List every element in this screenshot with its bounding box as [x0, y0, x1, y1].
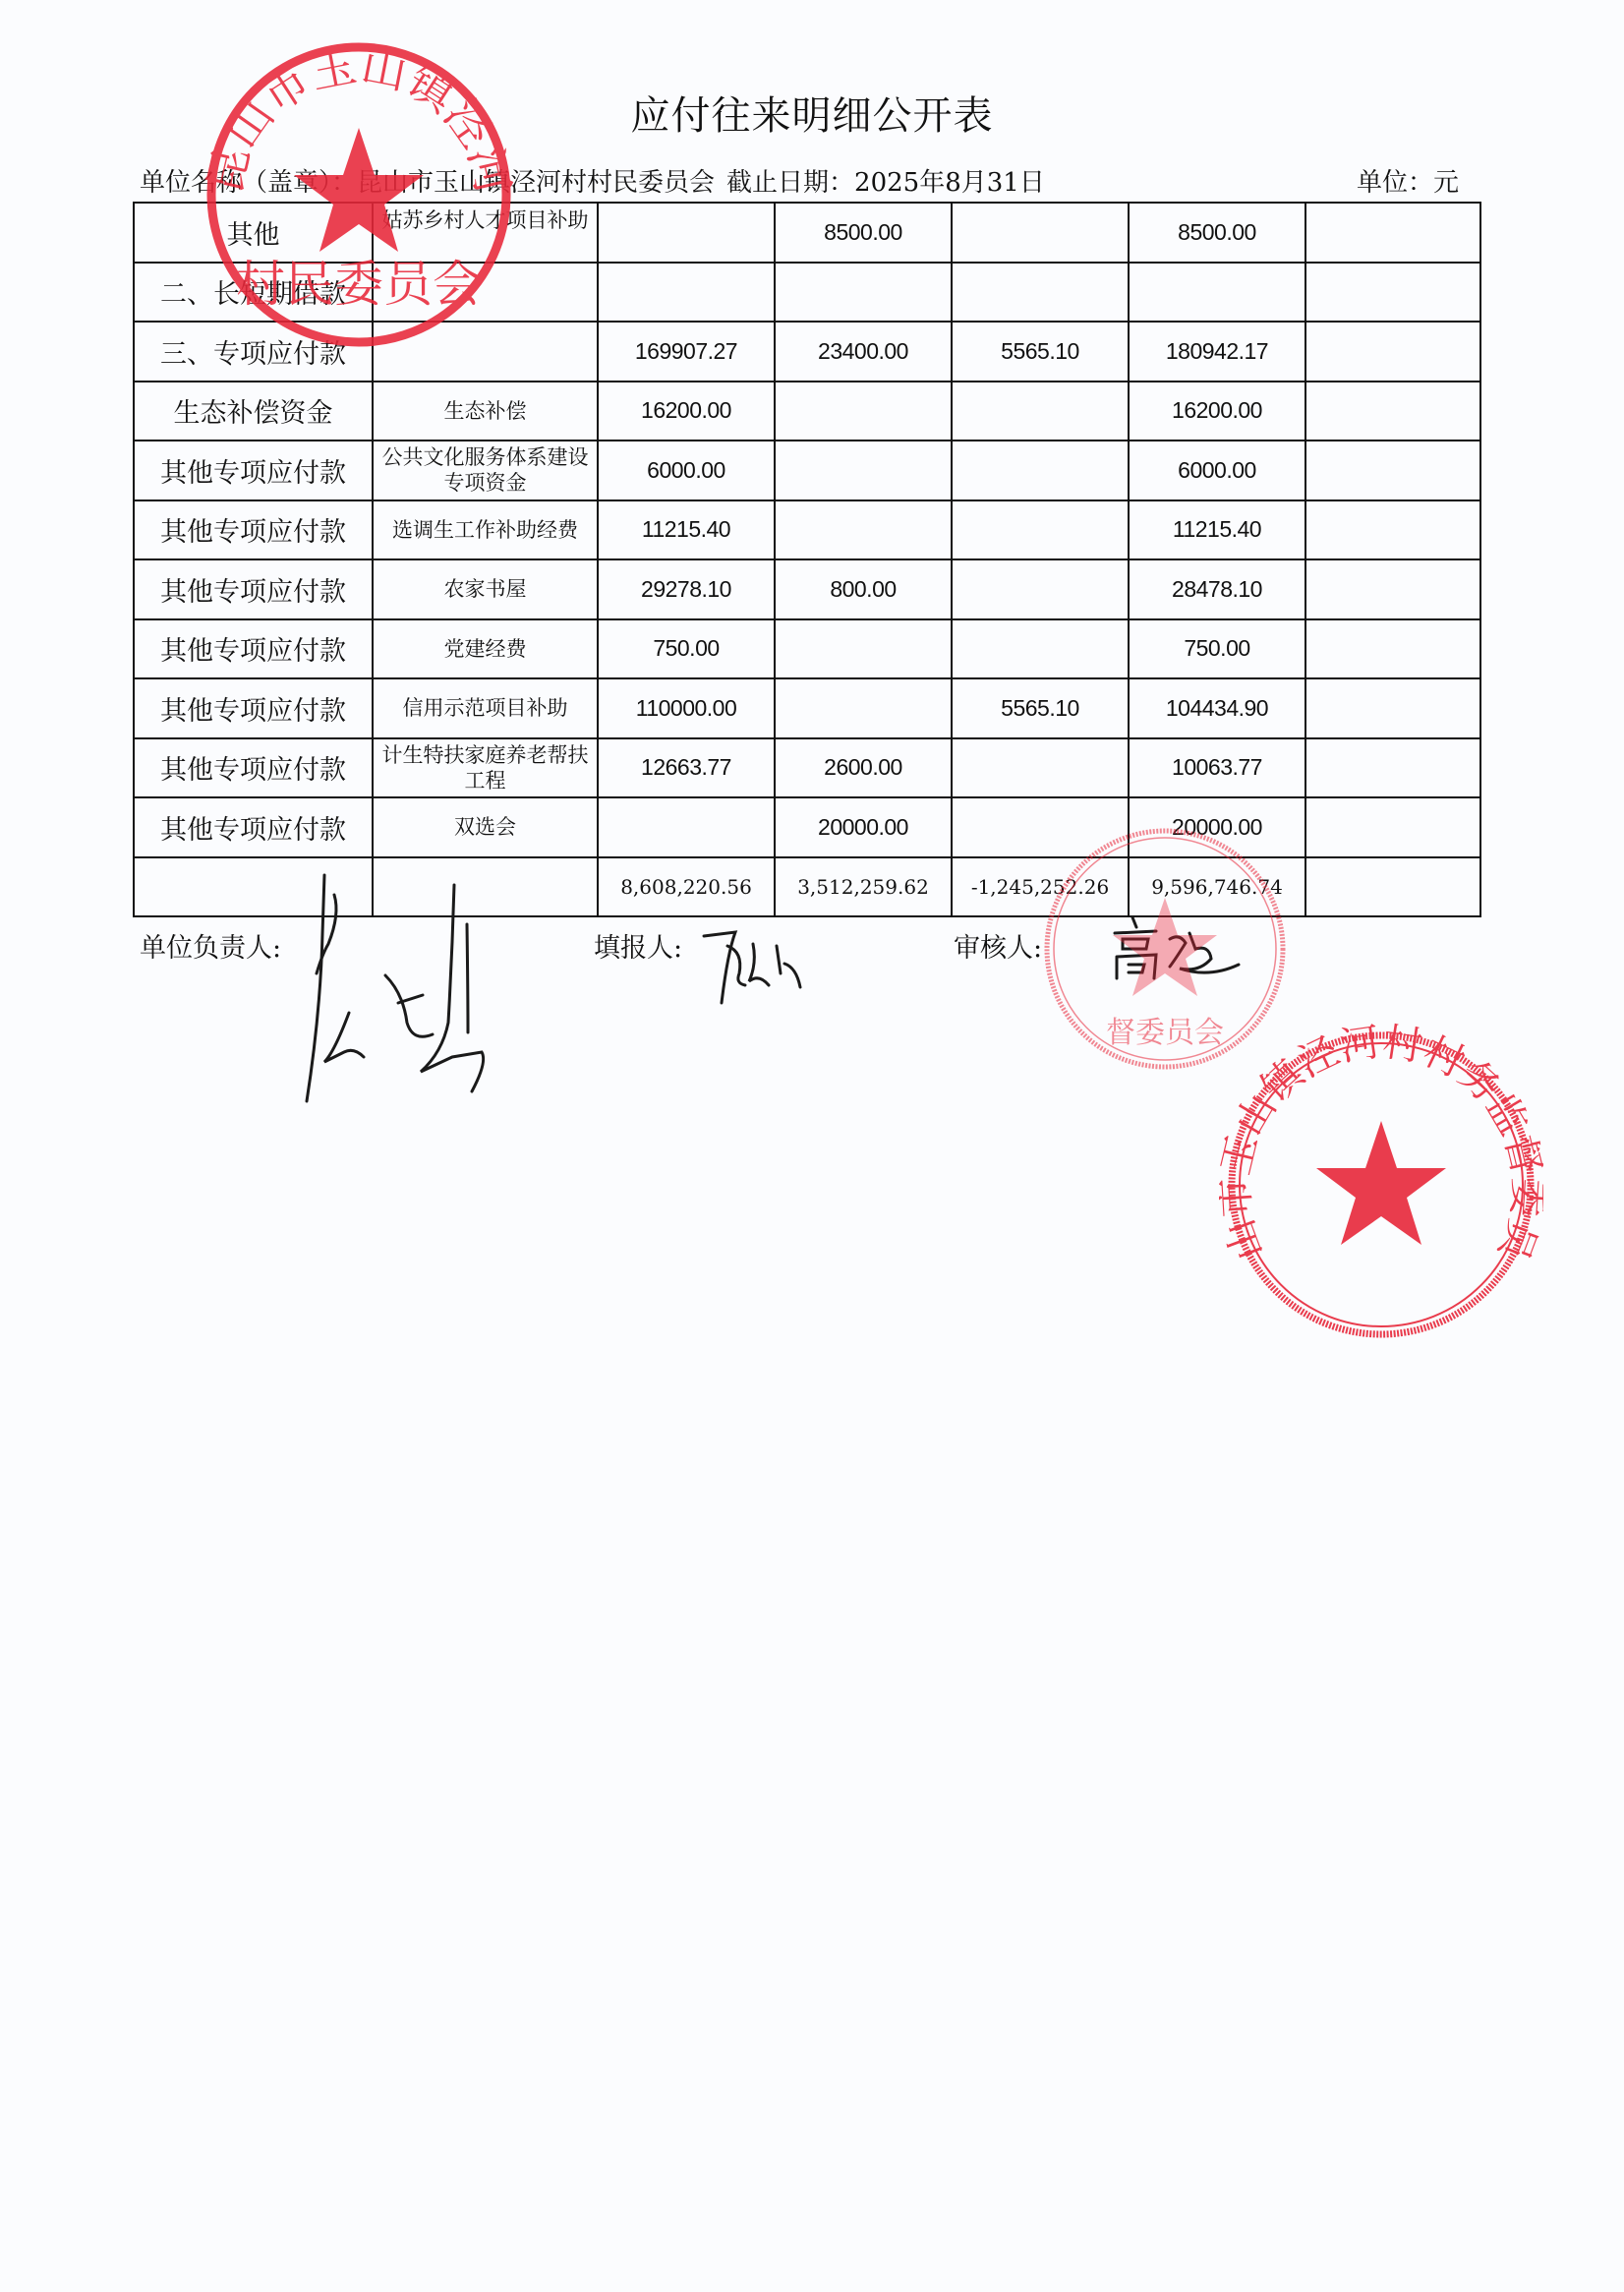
section-heading: 三、专项应付款	[134, 322, 373, 382]
amount-cell: 20000.00	[1129, 797, 1305, 857]
cutoff-date: 2025年8月31日	[854, 168, 1045, 198]
amount-cell	[952, 559, 1129, 619]
remark-cell	[1305, 382, 1480, 441]
amount-cell	[775, 678, 952, 738]
category-cell: 其他专项应付款	[134, 738, 373, 798]
total-amount-cell: 9,596,746.74	[1129, 857, 1305, 917]
total-item-cell	[373, 857, 598, 917]
table-row: 其他专项应付款双选会20000.0020000.00	[134, 797, 1480, 857]
amount-cell	[775, 500, 952, 560]
table-row: 其他姑苏乡村人才项目补助8500.008500.00	[134, 203, 1480, 263]
category-cell: 其他专项应付款	[134, 678, 373, 738]
remark-cell	[1305, 500, 1480, 560]
svg-text:昆山市玉山镇泾河村村务监督委员会: 昆山市玉山镇泾河村村务监督委员会	[1219, 1023, 1543, 1268]
amount-cell: 20000.00	[775, 797, 952, 857]
amount-cell	[775, 441, 952, 500]
signature-row: 单位负责人: 填报人: 审核人:	[140, 926, 1418, 962]
unit-name-label: 单位名称（盖章）：	[140, 168, 357, 198]
amount-cell: 110000.00	[598, 678, 775, 738]
category-cell: 其他专项应付款	[134, 797, 373, 857]
amount-cell: 16200.00	[1129, 382, 1305, 441]
unit-name: 昆山市玉山镇泾河村村民委员会	[357, 168, 715, 198]
amount-cell	[775, 619, 952, 679]
remark-cell	[1305, 797, 1480, 857]
amount-cell: 2600.00	[775, 738, 952, 798]
cutoff-label: 截止日期：	[726, 168, 854, 198]
remark-cell	[1305, 559, 1480, 619]
category-cell: 生态补偿资金	[134, 382, 373, 441]
table-row: 其他专项应付款公共文化服务体系建设专项资金6000.006000.00	[134, 441, 1480, 500]
preparer-label: 填报人:	[594, 926, 682, 965]
remark-cell	[1305, 322, 1480, 382]
total-amount-cell: -1,245,252.26	[952, 857, 1129, 917]
remark-cell	[1305, 738, 1480, 798]
remark-cell	[1305, 263, 1480, 323]
amount-cell	[952, 441, 1129, 500]
amount-cell: 750.00	[598, 619, 775, 679]
amount-cell: 11215.40	[598, 500, 775, 560]
unit-head-label: 单位负责人:	[140, 926, 281, 965]
amount-cell	[952, 738, 1129, 798]
unit-info: 单位名称（盖章）：昆山市玉山镇泾河村村民委员会截止日期：2025年8月31日	[140, 165, 1045, 201]
amount-cell	[952, 619, 1129, 679]
remark-cell	[1305, 619, 1480, 679]
amount-cell: 11215.40	[1129, 500, 1305, 560]
amount-cell: 800.00	[775, 559, 952, 619]
amount-cell	[598, 263, 775, 323]
item-cell: 双选会	[373, 797, 598, 857]
item-cell: 姑苏乡村人才项目补助	[373, 203, 598, 263]
supervision-committee-stamp: 昆山市玉山镇泾河村村务监督委员会	[1219, 1023, 1543, 1347]
svg-text:督委员会: 督委员会	[1106, 1016, 1224, 1050]
total-amount-cell: 3,512,259.62	[775, 857, 952, 917]
table-row: 其他专项应付款党建经费750.00750.00	[134, 619, 1480, 679]
amount-cell	[952, 797, 1129, 857]
total-remark-cell	[1305, 857, 1480, 917]
payables-table: 其他姑苏乡村人才项目补助8500.008500.00二、长短期借款三、专项应付款…	[133, 202, 1481, 917]
table-row: 生态补偿资金生态补偿16200.0016200.00	[134, 382, 1480, 441]
item-cell: 选调生工作补助经费	[373, 500, 598, 560]
category-cell: 其他专项应付款	[134, 559, 373, 619]
currency-unit: 单位：元	[1357, 165, 1459, 201]
total-row: 8,608,220.563,512,259.62-1,245,252.269,5…	[134, 857, 1480, 917]
amount-cell	[598, 203, 775, 263]
amount-cell	[775, 263, 952, 323]
item-cell	[373, 263, 598, 323]
amount-cell	[952, 263, 1129, 323]
category-cell: 其他专项应付款	[134, 619, 373, 679]
item-cell: 党建经费	[373, 619, 598, 679]
category-cell: 其他专项应付款	[134, 500, 373, 560]
amount-cell	[952, 203, 1129, 263]
total-amount-cell: 8,608,220.56	[598, 857, 775, 917]
amount-cell: 6000.00	[1129, 441, 1305, 500]
item-cell: 信用示范项目补助	[373, 678, 598, 738]
category-cell: 其他专项应付款	[134, 441, 373, 500]
amount-cell: 750.00	[1129, 619, 1305, 679]
total-label-cell	[134, 857, 373, 917]
table-row: 三、专项应付款169907.2723400.005565.10180942.17	[134, 322, 1480, 382]
reviewer-label: 审核人:	[954, 926, 1042, 965]
remark-cell	[1305, 203, 1480, 263]
amount-cell: 6000.00	[598, 441, 775, 500]
remark-cell	[1305, 678, 1480, 738]
table-row: 其他专项应付款选调生工作补助经费11215.4011215.40	[134, 500, 1480, 560]
amount-cell: 5565.10	[952, 322, 1129, 382]
item-cell: 农家书屋	[373, 559, 598, 619]
amount-cell: 29278.10	[598, 559, 775, 619]
amount-cell: 104434.90	[1129, 678, 1305, 738]
amount-cell	[1129, 263, 1305, 323]
amount-cell: 8500.00	[775, 203, 952, 263]
table-row: 其他专项应付款信用示范项目补助110000.005565.10104434.90	[134, 678, 1480, 738]
amount-cell: 5565.10	[952, 678, 1129, 738]
table-row: 其他专项应付款计生特扶家庭养老帮扶工程12663.772600.0010063.…	[134, 738, 1480, 798]
section-heading: 二、长短期借款	[134, 263, 373, 323]
remark-cell	[1305, 441, 1480, 500]
amount-cell: 180942.17	[1129, 322, 1305, 382]
item-cell: 公共文化服务体系建设专项资金	[373, 441, 598, 500]
amount-cell: 8500.00	[1129, 203, 1305, 263]
amount-cell	[775, 382, 952, 441]
document-meta: 单位名称（盖章）：昆山市玉山镇泾河村村民委员会截止日期：2025年8月31日 单…	[140, 165, 1459, 201]
amount-cell	[952, 500, 1129, 560]
category-cell: 其他	[134, 203, 373, 263]
amount-cell: 16200.00	[598, 382, 775, 441]
amount-cell: 23400.00	[775, 322, 952, 382]
item-cell: 生态补偿	[373, 382, 598, 441]
item-cell	[373, 322, 598, 382]
amount-cell	[952, 382, 1129, 441]
table-row: 其他专项应付款农家书屋29278.10800.0028478.10	[134, 559, 1480, 619]
amount-cell: 10063.77	[1129, 738, 1305, 798]
amount-cell	[598, 797, 775, 857]
item-cell: 计生特扶家庭养老帮扶工程	[373, 738, 598, 798]
table-row: 二、长短期借款	[134, 263, 1480, 323]
amount-cell: 12663.77	[598, 738, 775, 798]
amount-cell: 169907.27	[598, 322, 775, 382]
document-title: 应付往来明细公开表	[0, 85, 1624, 141]
amount-cell: 28478.10	[1129, 559, 1305, 619]
